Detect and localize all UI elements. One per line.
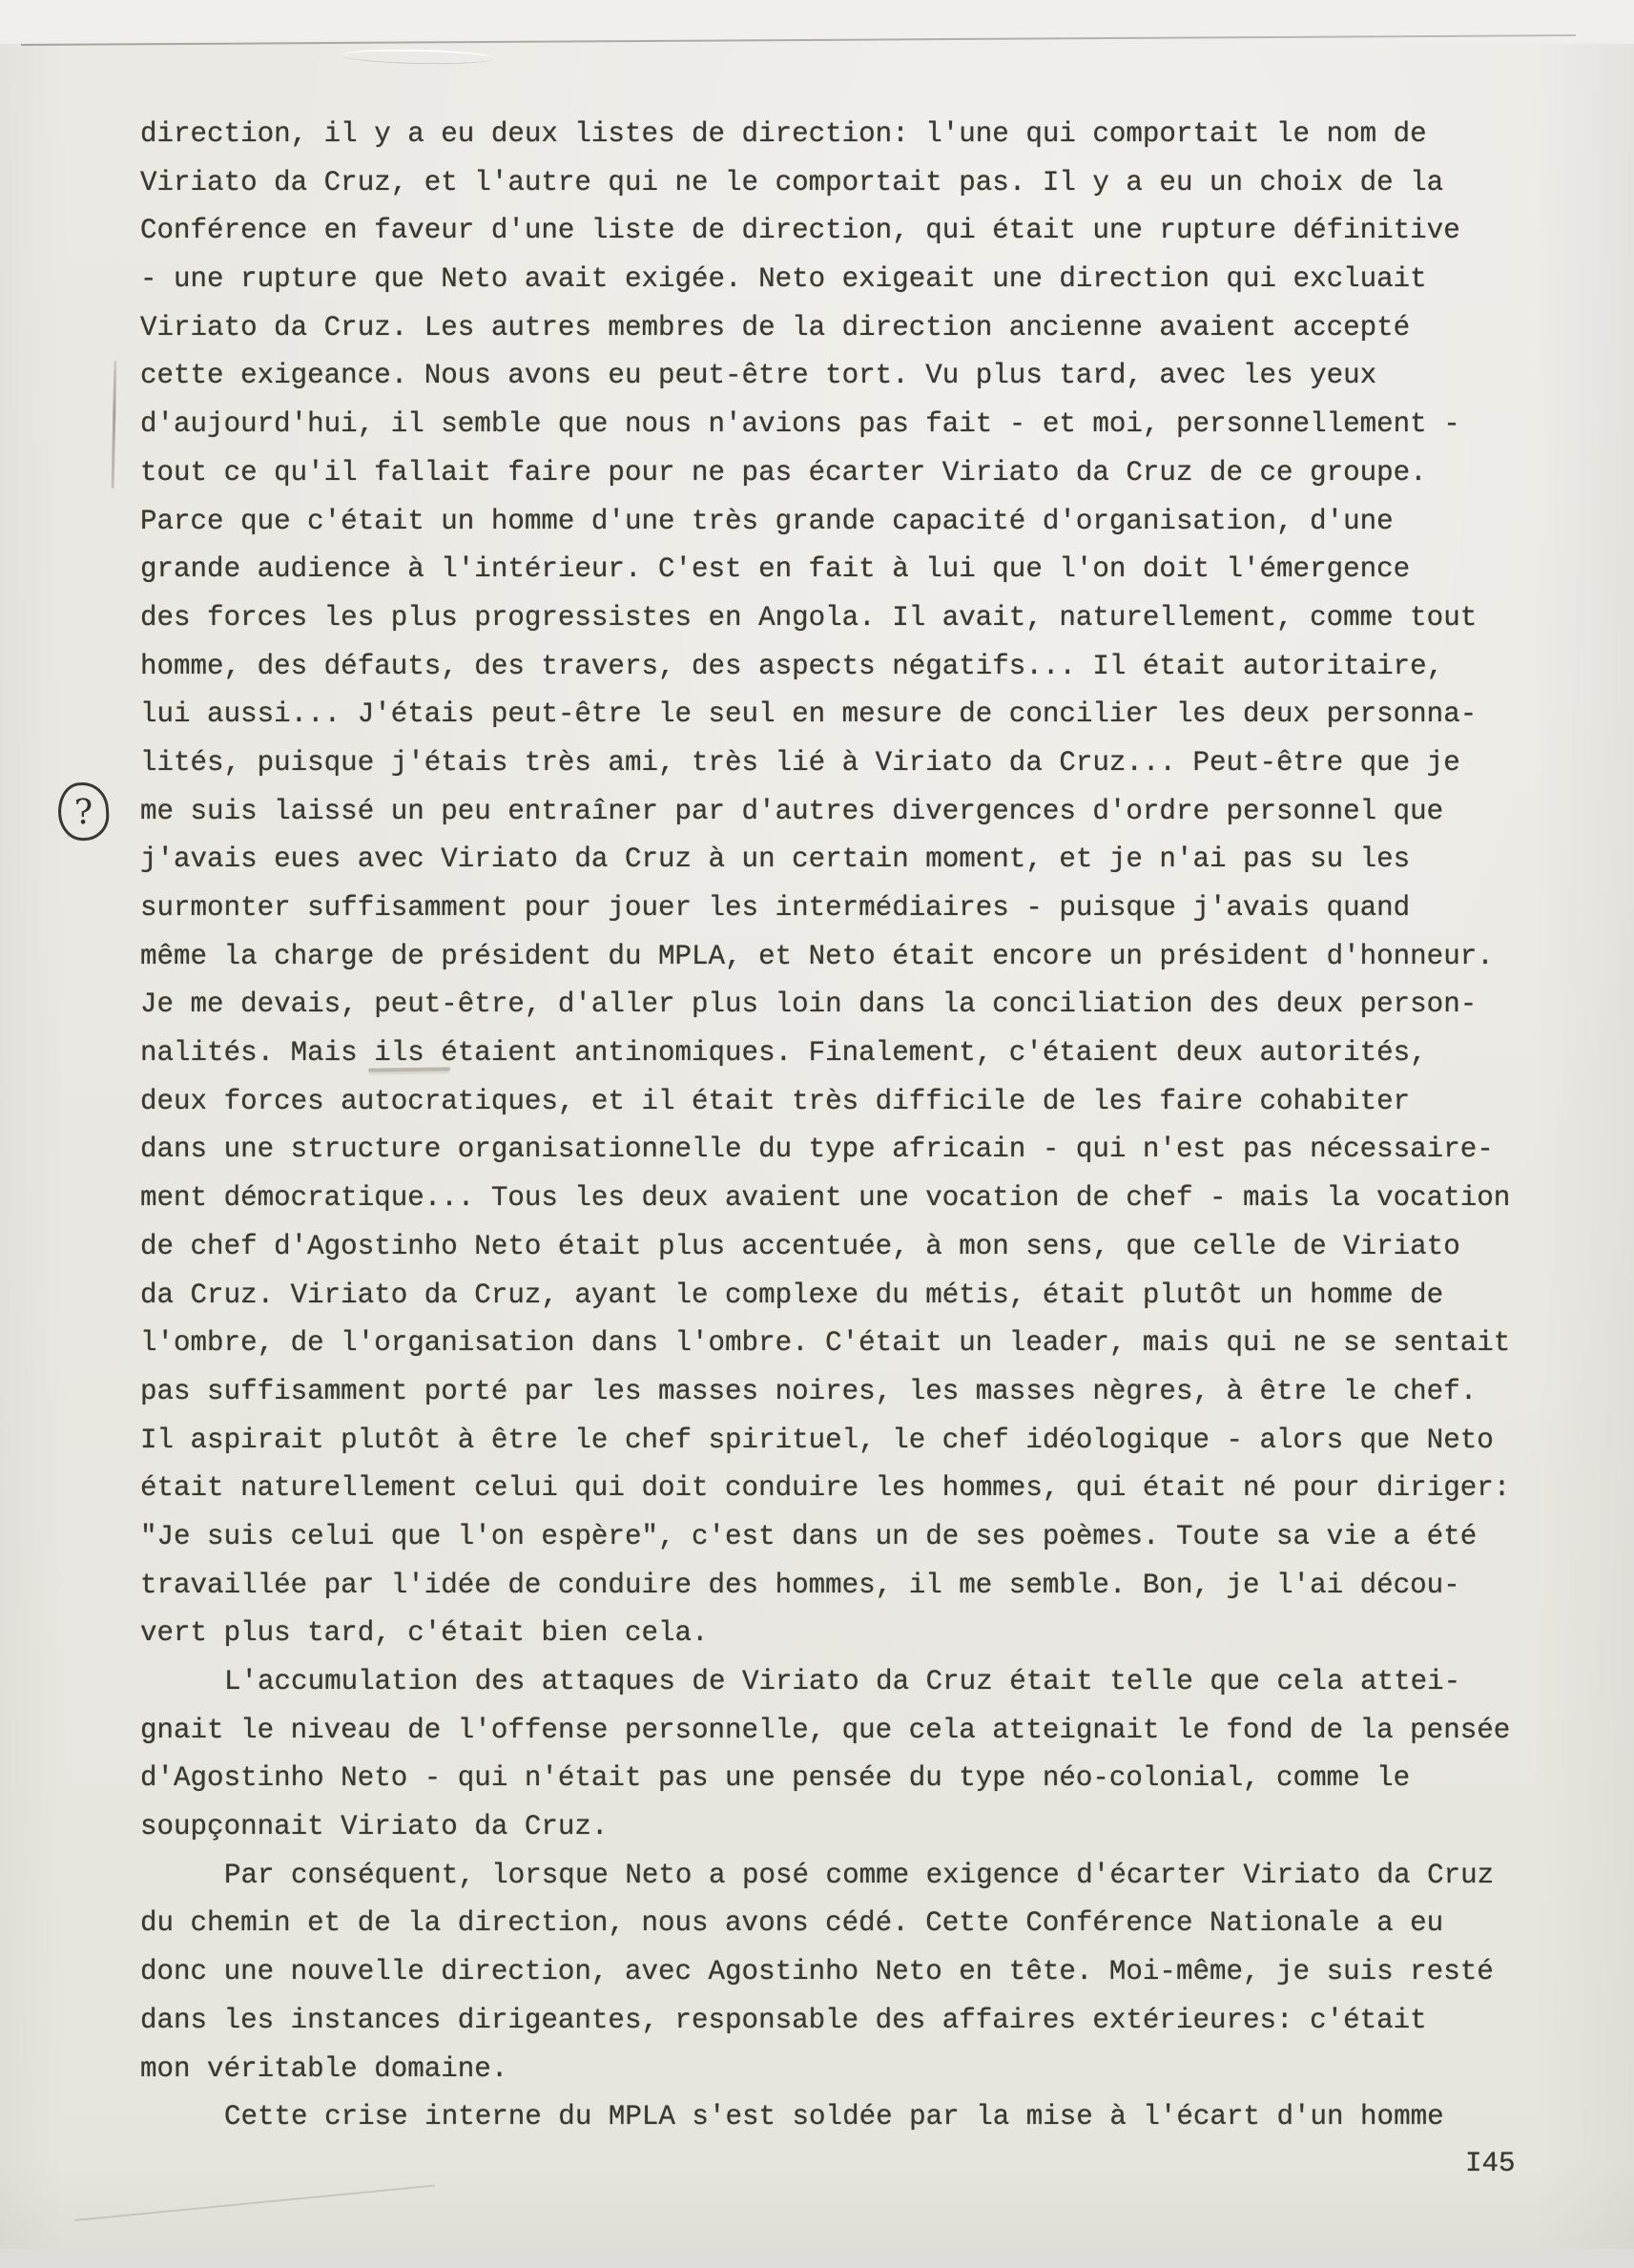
text-line: deux forces autocratiques, et il était t… <box>140 1078 1552 1127</box>
text-line: "Je suis celui que l'on espère", c'est d… <box>140 1513 1552 1562</box>
text-line: dans les instances dirigeantes, responsa… <box>140 1997 1552 2046</box>
text-line: Je me devais, peut-être, d'aller plus lo… <box>140 981 1552 1030</box>
text-line: d'Agostinho Neto - qui n'était pas une p… <box>140 1755 1552 1803</box>
text-line: était naturellement celui qui doit condu… <box>140 1465 1552 1513</box>
typewritten-text: direction, il y a eu deux listes de dire… <box>140 111 1552 2142</box>
text-line: travaillée par l'idée de conduire des ho… <box>140 1562 1552 1611</box>
text-line: Par conséquent, lorsque Neto a posé comm… <box>140 1852 1552 1901</box>
text-line: gnait le niveau de l'offense personnelle… <box>140 1707 1552 1756</box>
scanner-bed-strip <box>0 2249 1634 2268</box>
text-line: Parce que c'était un homme d'une très gr… <box>140 498 1552 547</box>
text-line: Conférence en faveur d'une liste de dire… <box>140 207 1552 256</box>
text-line: vert plus tard, c'était bien cela. <box>140 1610 1552 1658</box>
text-line: - une rupture que Neto avait exigée. Net… <box>140 256 1552 304</box>
text-line: dans une structure organisationnelle du … <box>140 1126 1552 1175</box>
text-line: me suis laissé un peu entraîner par d'au… <box>140 788 1552 837</box>
text-line: L'accumulation des attaques de Viriato d… <box>140 1658 1552 1707</box>
text-line: ment démocratique... Tous les deux avaie… <box>140 1175 1552 1223</box>
text-line: surmonter suffisamment pour jouer les in… <box>140 884 1552 933</box>
text-line: Il aspirait plutôt à être le chef spirit… <box>140 1417 1552 1466</box>
text-line: mon véritable domaine. <box>140 2046 1552 2094</box>
text-line: donc une nouvelle direction, avec Agosti… <box>140 1948 1552 1997</box>
text-line: j'avais eues avec Viriato da Cruz à un c… <box>140 836 1552 884</box>
question-mark-glyph: ? <box>73 795 93 830</box>
text-line: l'ombre, de l'organisation dans l'ombre.… <box>140 1320 1552 1368</box>
text-line: lités, puisque j'étais très ami, très li… <box>140 739 1552 788</box>
scanned-document-page: ? direction, il y a eu deux listes de di… <box>0 0 1634 2268</box>
text-line: direction, il y a eu deux listes de dire… <box>140 111 1552 159</box>
text-line: des forces les plus progressistes en Ang… <box>140 594 1552 643</box>
text-line: pas suffisamment porté par les masses no… <box>140 1368 1552 1417</box>
text-line: da Cruz. Viriato da Cruz, ayant le compl… <box>140 1272 1552 1321</box>
text-line: grande audience à l'intérieur. C'est en … <box>140 546 1552 594</box>
text-line: soupçonnait Viriato da Cruz. <box>140 1803 1552 1852</box>
page-number: I45 <box>1465 2140 1516 2189</box>
text-line: d'aujourd'hui, il semble que nous n'avio… <box>140 401 1552 449</box>
text-line: du chemin et de la direction, nous avons… <box>140 1900 1552 1948</box>
text-line: Viriato da Cruz. Les autres membres de l… <box>140 304 1552 353</box>
text-line: Cette crise interne du MPLA s'est soldée… <box>140 2093 1552 2142</box>
text-line: tout ce qu'il fallait faire pour ne pas … <box>140 449 1552 498</box>
text-line: même la charge de président du MPLA, et … <box>140 933 1552 982</box>
text-line: nalités. Mais ils étaient antinomiques. … <box>140 1030 1552 1078</box>
text-line: cette exigeance. Nous avons eu peut-être… <box>140 352 1552 401</box>
text-line: homme, des défauts, des travers, des asp… <box>140 643 1552 692</box>
text-line: lui aussi... J'étais peut-être le seul e… <box>140 691 1552 739</box>
text-line: Viriato da Cruz, et l'autre qui ne le co… <box>140 159 1552 208</box>
text-line: de chef d'Agostinho Neto était plus acce… <box>140 1223 1552 1272</box>
